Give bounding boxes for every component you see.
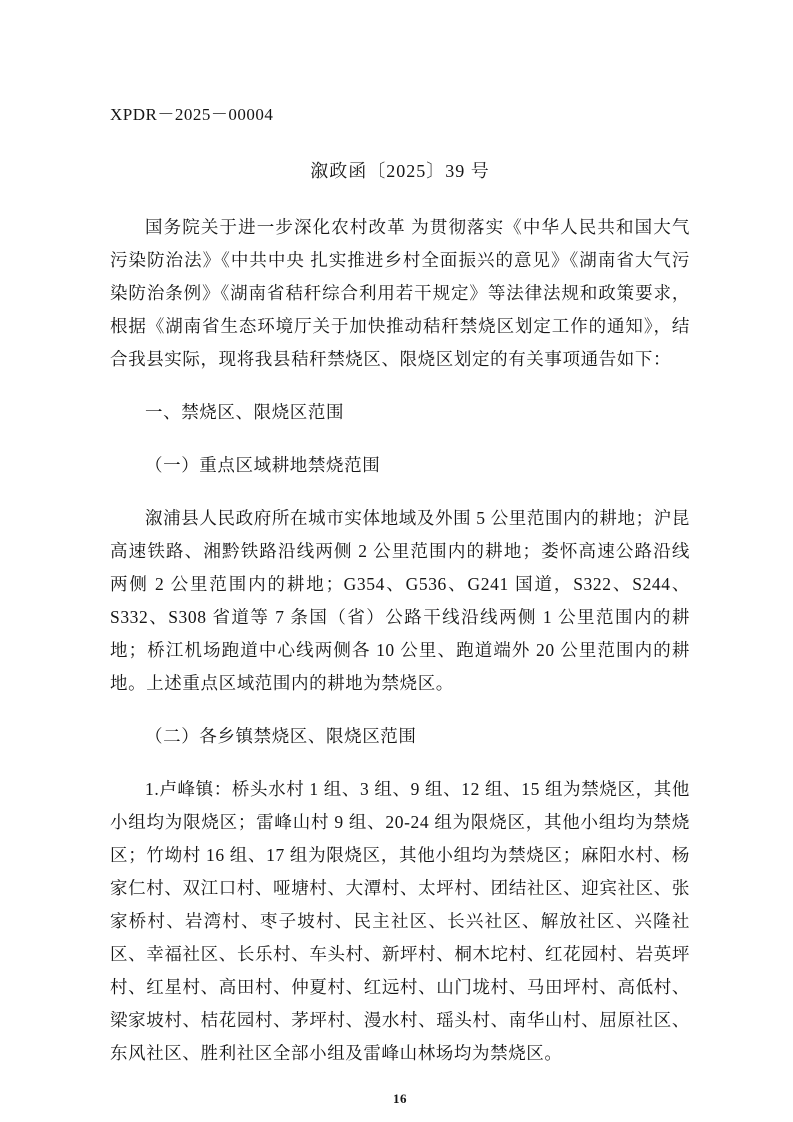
document-page: XPDR－2025－00004 溆政函〔2025〕39 号 国务院关于进一步深化… [0,0,793,1122]
section-heading-scope: 一、禁烧区、限烧区范围 [110,396,690,429]
page-number: 16 [110,1090,690,1108]
doc-code: XPDR－2025－00004 [110,103,690,127]
intro-paragraph: 国务院关于进一步深化农村改革 为贯彻落实《中华人民共和国大气污染防治法》《中共中… [110,211,690,376]
subsection-heading-townships: （二）各乡镇禁烧区、限烧区范围 [110,720,690,753]
key-areas-paragraph: 溆浦县人民政府所在城市实体地域及外围 5 公里范围内的耕地；沪昆高速铁路、湘黔铁… [110,502,690,700]
lufeng-town-paragraph: 1.卢峰镇：桥头水村 1 组、3 组、9 组、12 组、15 组为禁烧区，其他小… [110,773,690,1070]
subsection-heading-key-areas: （一）重点区域耕地禁烧范围 [110,449,690,482]
doc-number: 溆政函〔2025〕39 号 [110,158,690,184]
